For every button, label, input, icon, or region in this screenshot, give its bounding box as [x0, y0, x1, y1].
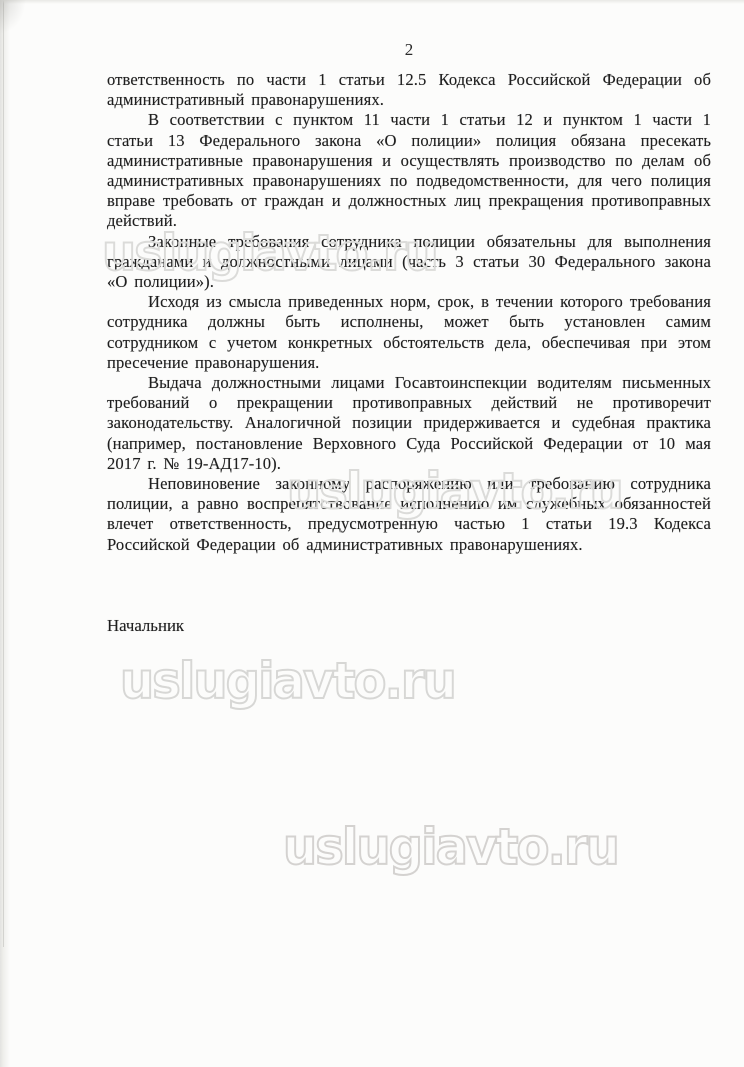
paragraph: Выдача должностными лицами Госавтоинспек… — [107, 373, 711, 474]
paragraph: Законные требования сотрудника полиции о… — [107, 232, 711, 293]
paragraph: Исходя из смысла приведенных норм, срок,… — [107, 292, 711, 373]
scan-left-edge-shadow — [0, 0, 10, 1067]
paragraph: В соответствии с пунктом 11 части 1 стат… — [107, 110, 711, 231]
signature-title: Начальник — [107, 616, 184, 636]
paragraph: Неповиновение законному распоряжению или… — [107, 474, 711, 555]
paragraph: ответственность по части 1 статьи 12.5 К… — [107, 70, 711, 110]
document-body: ответственность по части 1 статьи 12.5 К… — [107, 70, 711, 555]
scanned-page: 2 ответственность по части 1 статьи 12.5… — [0, 0, 744, 1067]
watermark-uslugiavto: uslugiavto.ru — [283, 818, 618, 876]
scan-top-edge-shadow — [0, 0, 744, 4]
scan-corner-smudge — [0, 0, 26, 34]
watermark-uslugiavto: uslugiavto.ru — [120, 652, 455, 710]
page-number: 2 — [107, 40, 711, 60]
